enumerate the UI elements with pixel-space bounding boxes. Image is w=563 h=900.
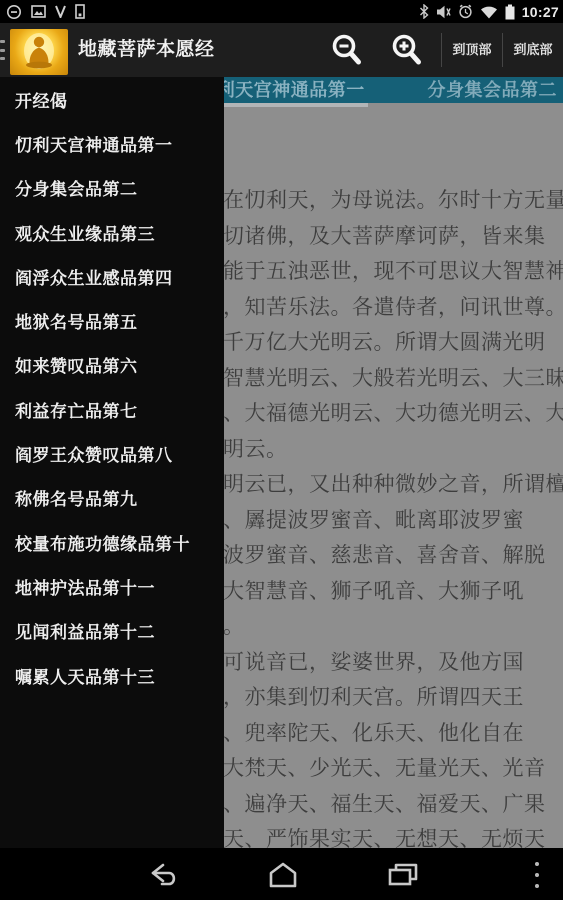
chapter-list-item[interactable]: 利益存亡品第七 [0,387,224,431]
chapter-list-item[interactable]: 分身集会品第二 [0,166,224,210]
back-icon[interactable] [146,860,182,890]
chapter-list-item[interactable]: 阎罗王众赞叹品第八 [0,431,224,475]
screenshot-icon [31,5,46,18]
v-notification-icon [55,5,66,18]
zoom-out-magnifier-icon[interactable] [328,31,366,69]
app-title: 地藏菩萨本愿经 [78,23,215,77]
to-bottom-button[interactable]: 到底部 [507,23,559,77]
wifi-icon [480,5,498,19]
tab-next-chapter[interactable]: 分身集会品第二 [428,77,558,103]
bluetooth-icon [419,4,429,19]
home-icon[interactable] [265,860,301,890]
status-bar-clock: 10:27 [522,4,559,20]
chapter-list-item[interactable]: 见闻利益品第十二 [0,609,224,653]
to-top-button[interactable]: 到顶部 [446,23,498,77]
alarm-icon [458,4,473,19]
chapter-list-item[interactable]: 开经偈 [0,77,224,121]
chapter-list-item[interactable]: 地狱名号品第五 [0,298,224,342]
chapter-list-item[interactable]: 嘱累人天品第十三 [0,653,224,697]
zoom-in-magnifier-icon[interactable] [388,31,426,69]
system-nav-bar [0,848,563,900]
notification-circle-icon [6,4,22,20]
menu-overflow-icon[interactable] [531,862,543,888]
chapter-list-item[interactable]: 忉利天宫神通品第一 [0,121,224,165]
chapter-list: 开经偈 忉利天宫神通品第一 分身集会品第二 观众生业缘品第三 阎浮众生业感品第四… [0,77,224,697]
chapter-list-item[interactable]: 阎浮众生业感品第四 [0,254,224,298]
android-screen: 10:27 地藏菩萨本愿经 [0,0,563,900]
chapter-list-item[interactable]: 校量布施功德缘品第十 [0,520,224,564]
status-bar: 10:27 [0,0,563,23]
battery-icon [505,4,515,20]
chapter-list-item[interactable]: 观众生业缘品第三 [0,210,224,254]
action-bar: 地藏菩萨本愿经 到顶部 到底部 [0,23,563,77]
chapter-list-item[interactable]: 称佛名号品第九 [0,476,224,520]
recents-icon[interactable] [385,860,421,890]
drawer-handle-icon[interactable] [0,40,5,60]
action-bar-divider [441,33,442,67]
status-bar-system-icons: 10:27 [419,0,559,23]
chapter-drawer: 开经偈 忉利天宫神通品第一 分身集会品第二 观众生业缘品第三 阎浮众生业感品第四… [0,77,224,848]
chapter-list-item[interactable]: 地神护法品第十一 [0,564,224,608]
chapter-list-item[interactable]: 如来赞叹品第六 [0,343,224,387]
app-icon-buddha[interactable] [10,29,68,75]
action-bar-divider [502,33,503,67]
status-bar-notifications [6,0,85,23]
volume-muted-icon [436,5,451,19]
usb-device-icon [75,4,85,19]
